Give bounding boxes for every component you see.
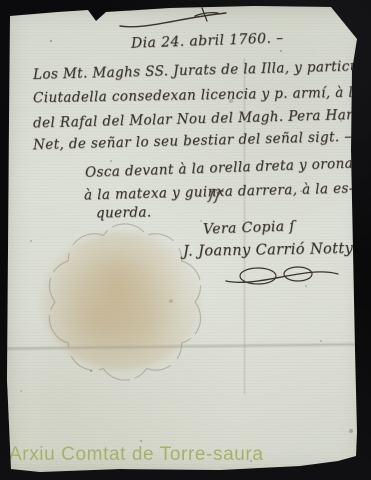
manuscript-line-3: del Rafal del Molar Nou del Magh. Pera H…	[33, 107, 371, 132]
seal-stain	[42, 232, 200, 370]
ink-flourish-mark: ſſ	[208, 185, 223, 205]
attestation-line: Vera Copia ſ	[203, 218, 295, 237]
document-paper: Dia 24. abril 1760. – Los Mt. Maghs SS. …	[0, 0, 371, 480]
paper-speckles	[50, 40, 52, 42]
manuscript-line-1: Los Mt. Maghs SS. Jurats de la Illa, y p…	[33, 57, 371, 83]
manuscript-line-4: Net, de señar lo seu bestiar del señal s…	[33, 129, 358, 154]
date-line: Dia 24. abril 1760. –	[131, 30, 284, 51]
manuscript-scan: Dia 24. abril 1760. – Los Mt. Maghs SS. …	[0, 0, 371, 480]
invocation-cross-icon	[118, 6, 232, 32]
brand-description-line-1: Osca devant à la orella dreta y oronata	[85, 155, 368, 181]
archive-watermark: Arxiu Comtat de Torre-saura	[9, 444, 264, 466]
signature-line: J. Joanny Carrió Notty Secr	[183, 240, 371, 260]
manuscript-line-2: Ciutadella consedexan licencia y p. armí…	[33, 84, 371, 107]
notarial-rubric	[224, 261, 342, 291]
brand-description-line-3: querda.	[96, 205, 152, 222]
